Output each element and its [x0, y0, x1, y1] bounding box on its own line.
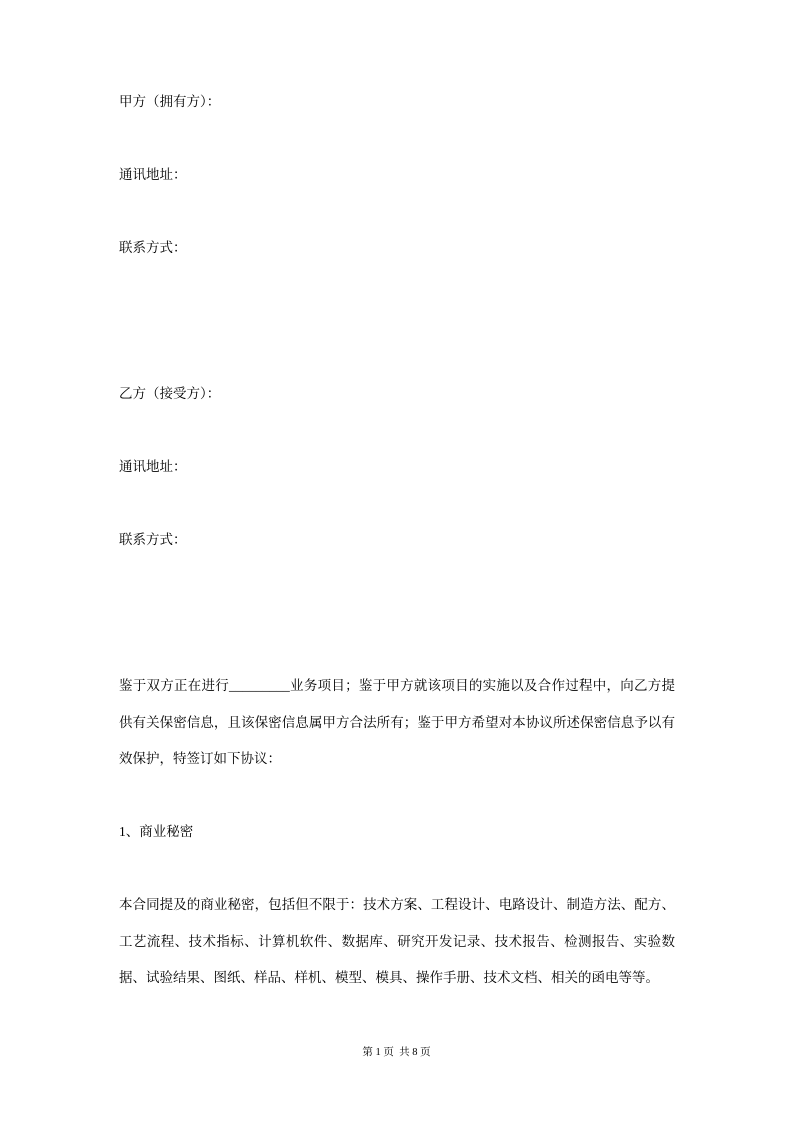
party-a-title: 甲方（拥有方）： [119, 84, 675, 121]
party-b-contact-label: 联系方式： [119, 522, 675, 559]
party-b-address-label: 通讯地址： [119, 449, 675, 486]
preamble-paragraph: 鉴于双方正在进行_________业务项目；鉴于甲方就该项目的实施以及合作过程中… [119, 668, 675, 778]
section-1-body: 本合同提及的商业秘密，包括但不限于：技术方案、工程设计、电路设计、制造方法、配方… [119, 887, 675, 997]
party-a-contact-label: 联系方式： [119, 230, 675, 267]
page-footer: 第 1 页 共 8 页 [0, 1046, 793, 1060]
section-1-heading: 1、商业秘密 [119, 814, 675, 851]
party-a-address-label: 通讯地址： [119, 157, 675, 194]
party-b-title: 乙方（接受方）： [119, 376, 675, 413]
document-content: 甲方（拥有方）： 通讯地址： 联系方式： 乙方（接受方）： 通讯地址： 联系方式… [119, 84, 675, 997]
document-page: 甲方（拥有方）： 通讯地址： 联系方式： 乙方（接受方）： 通讯地址： 联系方式… [0, 0, 793, 1122]
